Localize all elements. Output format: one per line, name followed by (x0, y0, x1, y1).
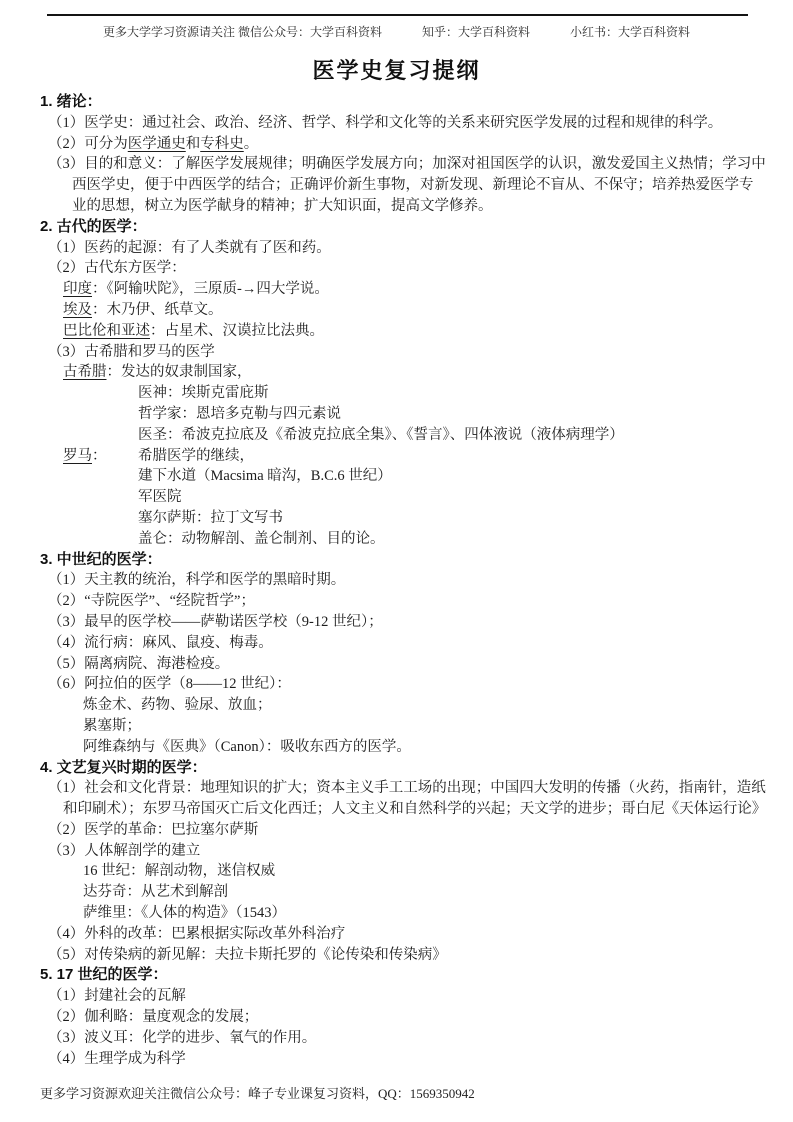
header-rule (47, 14, 748, 16)
outline-content: 1. 绪论： （1）医学史：通过社会、政治、经济、哲学、科学和文化等的关系来研究… (0, 92, 793, 1069)
page-title: 医学史复习提纲 (0, 54, 793, 85)
outline-line: 达芬奇：从艺术到解剖 (0, 882, 793, 903)
outline-line: 西医学史，便于中西医学的结合；正确评价新生事物，对新发现、新理论不盲从、不保守；… (0, 175, 793, 196)
outline-line: （5）隔离病院、海港检疫。 (0, 654, 793, 675)
outline-line: 医神：埃斯克雷庇斯 (0, 383, 793, 404)
outline-line: （1）天主教的统治，科学和医学的黑暗时期。 (0, 570, 793, 591)
outline-line: 古希腊：发达的奴隶制国家， (0, 362, 793, 383)
outline-line: 医圣：希波克拉底及《希波克拉底全集》、《誓言》、四体液说（液体病理学） (0, 425, 793, 446)
outline-line: （1）医药的起源：有了人类就有了医和药。 (0, 238, 793, 259)
outline-line: （6）阿拉伯的医学（8——12 世纪）： (0, 674, 793, 695)
outline-line: （3）古希腊和罗马的医学 (0, 342, 793, 363)
outline-line: （1）医学史：通过社会、政治、经济、哲学、科学和文化等的关系来研究医学发展的过程… (0, 113, 793, 134)
document-page: 更多大学学习资源请关注 微信公众号：大学百科资料 知乎：大学百科资料 小红书：大… (0, 0, 793, 1122)
outline-line: （2）古代东方医学： (0, 258, 793, 279)
outline-line: （2）可分为医学通史和专科史。 (0, 134, 793, 155)
outline-line: 业的思想，树立为医学献身的精神；扩大知识面，提高文学修养。 (0, 196, 793, 217)
outline-line: （3）人体解剖学的建立 (0, 841, 793, 862)
outline-line: （2）“寺院医学”、“经院哲学”； (0, 591, 793, 612)
outline-line: 罗马：希腊医学的继续， (0, 446, 793, 467)
outline-line: 巴比伦和亚述：占星术、汉谟拉比法典。 (0, 321, 793, 342)
outline-line: （3）目的和意义：了解医学发展规律；明确医学发展方向；加深对祖国医学的认识，激发… (0, 154, 793, 175)
outline-line: （4）生理学成为科学 (0, 1049, 793, 1070)
outline-line: 哲学家：恩培多克勒与四元素说 (0, 404, 793, 425)
header-note-xiaohongshu: 小红书：大学百科资料 (570, 23, 690, 40)
outline-line: （1）封建社会的瓦解 (0, 986, 793, 1007)
section-heading: 2. 古代的医学： (0, 217, 793, 238)
outline-line: 和印刷术）；东罗马帝国灭亡后文化西迁；人文主义和自然科学的兴起；天文学的进步；哥… (0, 799, 793, 820)
outline-line: 萨维里：《人体的构造》（1543） (0, 903, 793, 924)
outline-line: （3）波义耳：化学的进步、氧气的作用。 (0, 1028, 793, 1049)
section-heading: 1. 绪论： (0, 92, 793, 113)
section-heading: 3. 中世纪的医学： (0, 550, 793, 571)
header-note-wechat: 更多大学学习资源请关注 微信公众号：大学百科资料 (103, 23, 382, 40)
outline-line: （1）社会和文化背景：地理知识的扩大；资本主义手工工场的出现；中国四大发明的传播… (0, 778, 793, 799)
outline-line: 累塞斯； (0, 716, 793, 737)
section-heading: 4. 文艺复兴时期的医学： (0, 758, 793, 779)
outline-line: （2）医学的革命：巴拉塞尔萨斯 (0, 820, 793, 841)
outline-line: （2）伽利略：量度观念的发展； (0, 1007, 793, 1028)
outline-line: 盖仑：动物解剖、盖仑制剂、目的论。 (0, 529, 793, 550)
outline-line: （3）最早的医学校——萨勒诺医学校（9-12 世纪）； (0, 612, 793, 633)
outline-line: 塞尔萨斯：拉丁文写书 (0, 508, 793, 529)
outline-line: （5）对传染病的新见解：夫拉卡斯托罗的《论传染和传染病》 (0, 945, 793, 966)
header-note: 更多大学学习资源请关注 微信公众号：大学百科资料 知乎：大学百科资料 小红书：大… (0, 23, 793, 40)
page-footer: 更多学习资源欢迎关注微信公众号：峰子专业课复习资料，QQ：1569350942 (40, 1083, 475, 1102)
outline-line: 16 世纪：解剖动物，迷信权威 (0, 861, 793, 882)
header-note-zhihu: 知乎：大学百科资料 (422, 23, 530, 40)
outline-line: （4）流行病：麻风、鼠疫、梅毒。 (0, 633, 793, 654)
outline-line: 建下水道（Macsima 暗沟，B.C.6 世纪） (0, 466, 793, 487)
outline-line: 阿维森纳与《医典》（Canon）：吸收东西方的医学。 (0, 737, 793, 758)
section-heading: 5. 17 世纪的医学： (0, 965, 793, 986)
outline-line: 印度：《阿输吠陀》，三原质-→四大学说。 (0, 279, 793, 300)
outline-line: 炼金术、药物、验尿、放血； (0, 695, 793, 716)
outline-line: 埃及：木乃伊、纸草文。 (0, 300, 793, 321)
outline-line: （4）外科的改革：巴累根据实际改革外科治疗 (0, 924, 793, 945)
outline-line: 军医院 (0, 487, 793, 508)
